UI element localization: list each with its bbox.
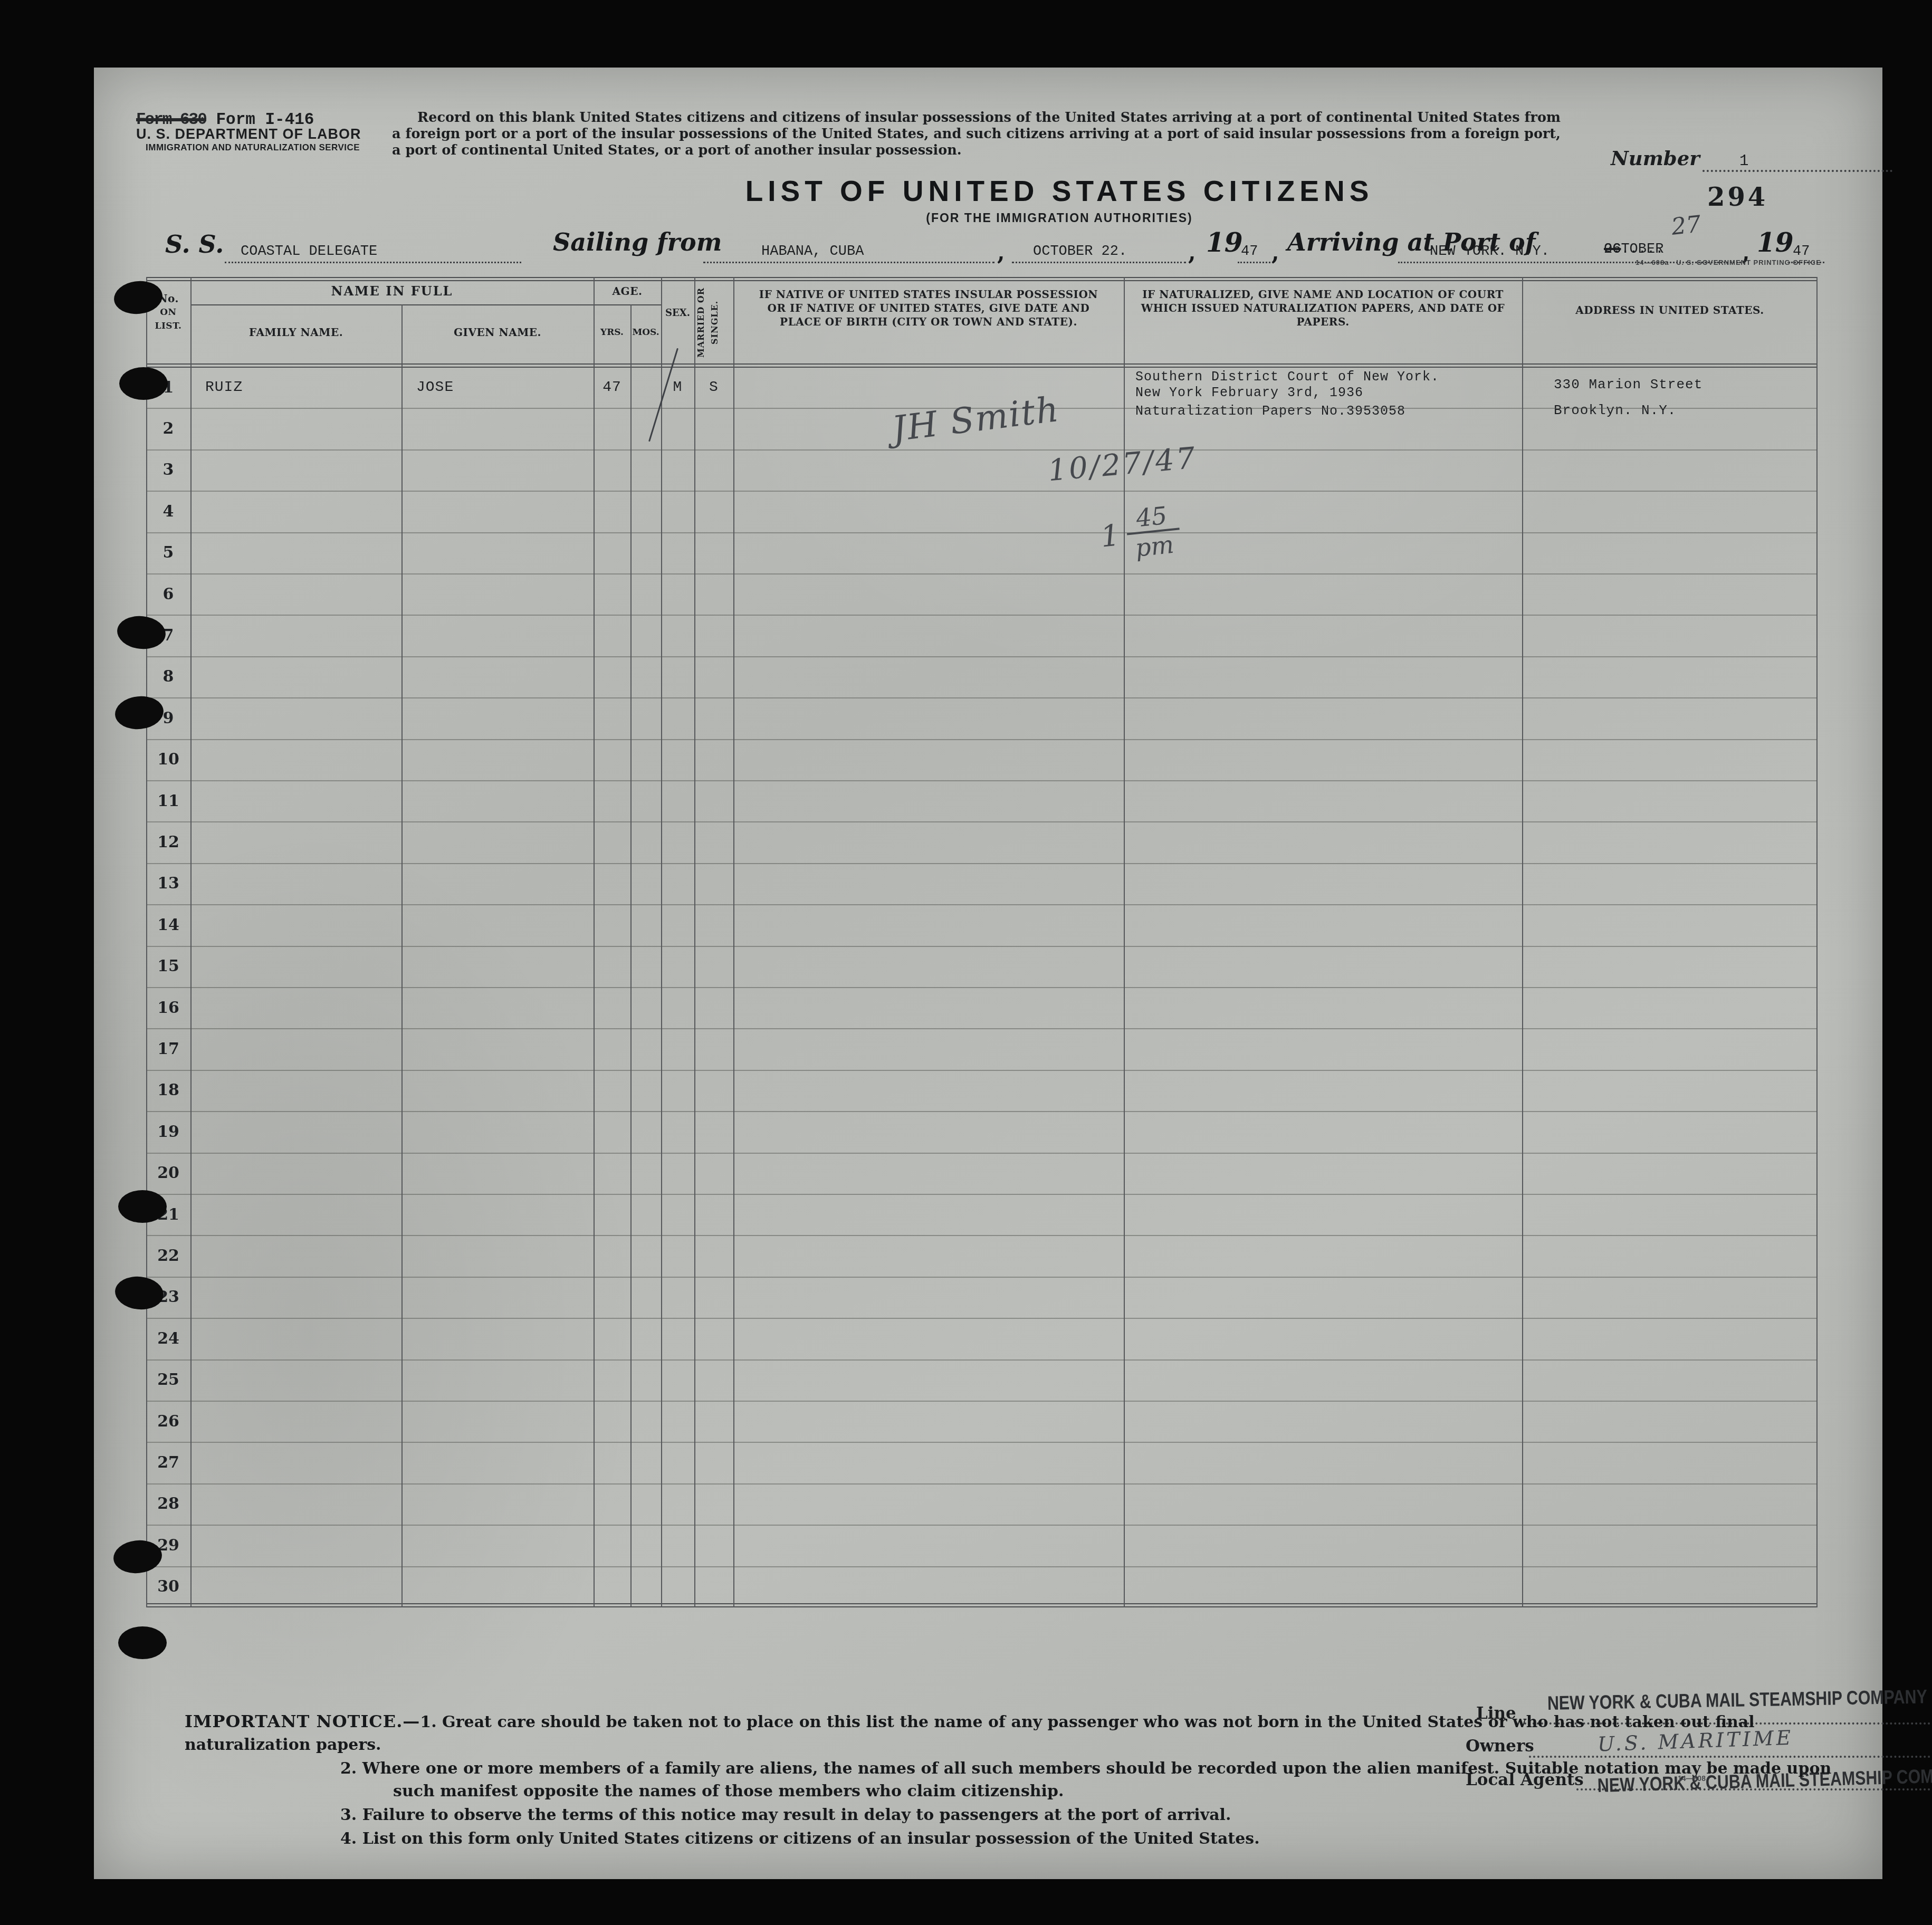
header-family-name: FAMILY NAME. <box>190 325 401 339</box>
row-line <box>146 532 1818 533</box>
cell-no: 19 <box>146 1111 190 1152</box>
row-line <box>146 697 1818 698</box>
service-name: IMMIGRATION AND NATURALIZATION SERVICE <box>146 142 361 153</box>
column-line <box>190 277 192 1607</box>
comma-2: , <box>1188 240 1196 265</box>
row-line <box>146 615 1818 616</box>
table-row: 10 <box>146 739 1818 780</box>
row-line <box>146 946 1818 947</box>
sheet-number-field: Number 1 <box>1611 147 1892 172</box>
cell-no: 3 <box>146 449 190 491</box>
table-row: 27 <box>146 1442 1818 1483</box>
departure-port: HABANA, CUBA <box>761 244 864 260</box>
table-frame-line <box>146 277 1818 278</box>
scanned-manifest-page: Form 630 Form I-416 U. S. DEPARTMENT OF … <box>0 0 1932 1925</box>
cell-given: JOSE <box>401 367 594 408</box>
table-row: 26 <box>146 1401 1818 1442</box>
cell-no: 16 <box>146 987 190 1028</box>
table-row: 7 <box>146 615 1818 656</box>
cell-family: RUIZ <box>190 367 401 408</box>
header-name-in-full: NAME IN FULL <box>190 283 594 299</box>
header-sex: SEX. <box>661 308 694 319</box>
row-line <box>146 821 1818 822</box>
time-minutes: 45 <box>1135 504 1168 530</box>
table-row: 11 <box>146 780 1818 821</box>
notice-item-2: 2. Where one or more members of a family… <box>340 1757 1862 1803</box>
time-hour: 1 <box>1099 518 1121 554</box>
header-address: ADDRESS IN UNITED STATES. <box>1522 303 1818 317</box>
cell-no: 27 <box>146 1442 190 1483</box>
table-row: 8 <box>146 656 1818 697</box>
column-line <box>661 277 662 1607</box>
table-frame-line <box>146 367 1818 368</box>
handwritten-arrival-day: 27 <box>1670 210 1704 261</box>
cell-line: Southern District Court of New York. <box>1135 369 1522 385</box>
table-frame-line <box>146 363 1818 365</box>
page-stamp: 294 <box>1707 183 1768 212</box>
cell-no: 26 <box>146 1401 190 1442</box>
comma-1: , <box>997 240 1005 265</box>
ss-label: S. S. <box>165 230 224 258</box>
row-line <box>146 1070 1818 1071</box>
arrival-dots: ....... <box>1604 242 1663 257</box>
column-line <box>1522 277 1523 1607</box>
row-line <box>146 1111 1818 1112</box>
table-row: 22 <box>146 1235 1818 1276</box>
table-row: 12 <box>146 821 1818 863</box>
header-mos: MOS. <box>630 327 661 338</box>
row-line <box>146 1566 1818 1567</box>
notice-item-4: 4. List on this form only United States … <box>340 1827 1862 1850</box>
table-row: 25 <box>146 1359 1818 1401</box>
row-line <box>146 904 1818 905</box>
time-ampm: pm <box>1134 533 1175 560</box>
cell-no: 28 <box>146 1483 190 1525</box>
table-row: 5 <box>146 532 1818 573</box>
table-row: 17 <box>146 1028 1818 1069</box>
row-line <box>146 1401 1818 1402</box>
row-line <box>146 1277 1818 1278</box>
departure-year: 47 <box>1241 244 1258 260</box>
cell-married: S <box>694 367 733 408</box>
cell-line: 330 Marion Street <box>1554 372 1818 398</box>
table-row: 24 <box>146 1318 1818 1359</box>
cell-no: 5 <box>146 532 190 573</box>
page-subtitle: (FOR THE IMMIGRATION AUTHORITIES) <box>595 211 1524 225</box>
header-age: AGE. <box>594 284 661 298</box>
table-row: 30 <box>146 1566 1818 1607</box>
number-label: Number <box>1611 147 1700 170</box>
table-row: 3 <box>146 449 1818 491</box>
table-row: 9 <box>146 697 1818 739</box>
ship-name-blank: COASTAL DELEGATE <box>225 236 521 263</box>
notice-item-1-text: 1. Great care should be taken not to pla… <box>185 1713 1755 1754</box>
punch-hole <box>119 367 168 400</box>
cell-no: 8 <box>146 656 190 697</box>
cell-naturalized: Southern District Court of New York.New … <box>1124 367 1522 408</box>
form-identification: Form 630 Form I-416 U. S. DEPARTMENT OF … <box>136 111 361 153</box>
row-line <box>146 739 1818 740</box>
arrival-year: 47 <box>1793 244 1810 260</box>
row-line <box>146 863 1818 864</box>
column-line <box>694 277 695 1607</box>
row-line <box>146 987 1818 988</box>
table-row: 18 <box>146 1070 1818 1111</box>
cell-no: 12 <box>146 821 190 863</box>
cell-no: 25 <box>146 1359 190 1401</box>
punch-hole <box>118 1626 167 1659</box>
cell-no: 4 <box>146 491 190 532</box>
cell-no: 6 <box>146 573 190 615</box>
row-line <box>146 780 1818 781</box>
row-line <box>146 1235 1818 1236</box>
header-given-name: GIVEN NAME. <box>401 325 594 339</box>
row-line <box>146 1194 1818 1195</box>
table-frame-line <box>146 1606 1818 1607</box>
punch-hole <box>118 1190 167 1223</box>
row-line <box>146 1525 1818 1526</box>
column-line <box>401 304 403 1607</box>
table-frame-line <box>146 1603 1818 1604</box>
cell-no: 15 <box>146 946 190 987</box>
table-frame-line <box>146 280 1818 281</box>
table-row: 28 <box>146 1483 1818 1525</box>
form-instructions-paragraph: Record on this blank United States citiz… <box>392 110 1561 159</box>
cell-address: 330 Marion StreetBrooklyn. N.Y. <box>1522 367 1818 408</box>
name-in-full-underline <box>190 304 661 305</box>
table-border <box>146 277 147 1607</box>
column-line <box>594 277 595 1607</box>
header-married-or-single: MARRIED OR SINGLE. <box>694 281 733 363</box>
notice-item-3: 3. Failure to observe the terms of this … <box>340 1804 1862 1826</box>
table-row: 21 <box>146 1194 1818 1235</box>
row-line <box>146 1442 1818 1443</box>
row-line <box>146 1483 1818 1485</box>
departure-date-blank: OCTOBER 22. <box>1012 236 1186 263</box>
cell-no: 30 <box>146 1566 190 1607</box>
cell-no: 22 <box>146 1235 190 1276</box>
print-office: U. S. GOVERNMENT PRINTING OFFICE <box>1676 258 1821 266</box>
arrival-port: NEW YORK. N.Y. <box>1430 244 1550 260</box>
row-line <box>146 573 1818 574</box>
column-line <box>630 304 632 1607</box>
cell-no: 17 <box>146 1028 190 1069</box>
table-row: 15 <box>146 946 1818 987</box>
cell-no: 20 <box>146 1153 190 1194</box>
print-code-top: 14—608a <box>1635 258 1669 266</box>
header-naturalized: IF NATURALIZED, GIVE NAME AND LOCATION O… <box>1140 288 1506 329</box>
sailing-from-label: Sailing from <box>553 228 722 256</box>
table-row: 4 <box>146 491 1818 532</box>
gpo-print-line: 14—608a U. S. GOVERNMENT PRINTING OFFICE <box>1635 258 1821 266</box>
notice-heading: IMPORTANT NOTICE.— <box>185 1711 420 1731</box>
departure-year-blank: 47 <box>1238 236 1270 263</box>
handwritten-time: 1 45 pm <box>1098 502 1182 563</box>
table-row: 14 <box>146 904 1818 945</box>
row-line <box>146 1153 1818 1154</box>
departure-date: OCTOBER 22. <box>1033 244 1127 260</box>
table-row: 29 <box>146 1525 1818 1566</box>
citizens-table: No. ON LIST. NAME IN FULL FAMILY NAME. G… <box>146 277 1818 1607</box>
row-line <box>146 491 1818 492</box>
cell-no: 14 <box>146 904 190 945</box>
column-line <box>733 277 734 1607</box>
row-line <box>146 1318 1818 1319</box>
department-name: U. S. DEPARTMENT OF LABOR <box>136 126 361 142</box>
page-title: LIST OF UNITED STATES CITIZENS <box>595 174 1524 208</box>
row-line <box>146 1028 1818 1029</box>
comma-3: , <box>1271 240 1279 265</box>
ship-name: COASTAL DELEGATE <box>241 244 377 260</box>
table-row: 6 <box>146 573 1818 615</box>
voyage-line: S. S. COASTAL DELEGATE Sailing from HABA… <box>94 230 1882 272</box>
cell-no: 2 <box>146 408 190 449</box>
table-row: 20 <box>146 1153 1818 1194</box>
header-native: IF NATIVE OF UNITED STATES INSULAR POSSE… <box>749 288 1108 329</box>
print-code-bottom: 14—608 <box>1678 1774 1706 1783</box>
table-row: 13 <box>146 863 1818 904</box>
cell-no: 13 <box>146 863 190 904</box>
important-notice: IMPORTANT NOTICE.—1. Great care should b… <box>185 1709 1862 1850</box>
number-value: 1 <box>1703 152 1892 172</box>
cell-no: 24 <box>146 1318 190 1359</box>
table-border <box>1816 277 1818 1607</box>
cell-yrs: 47 <box>594 367 630 408</box>
row-line <box>146 656 1818 657</box>
cell-no: 18 <box>146 1070 190 1111</box>
table-row: 19 <box>146 1111 1818 1152</box>
notice-item-1: IMPORTANT NOTICE.—1. Great care should b… <box>185 1710 1862 1756</box>
header-yrs: YRS. <box>594 327 630 338</box>
departure-port-blank: HABANA, CUBA <box>703 236 994 263</box>
manifest-sheet: Form 630 Form I-416 U. S. DEPARTMENT OF … <box>94 68 1882 1879</box>
cell-no: 10 <box>146 739 190 780</box>
table-row: 23 <box>146 1277 1818 1318</box>
cell-no: 11 <box>146 780 190 821</box>
time-fraction: 45 pm <box>1124 502 1182 560</box>
row-line <box>146 1359 1818 1361</box>
row-line <box>146 449 1818 451</box>
cell-line: New York February 3rd, 1936 <box>1135 385 1522 401</box>
table-row: 16 <box>146 987 1818 1028</box>
